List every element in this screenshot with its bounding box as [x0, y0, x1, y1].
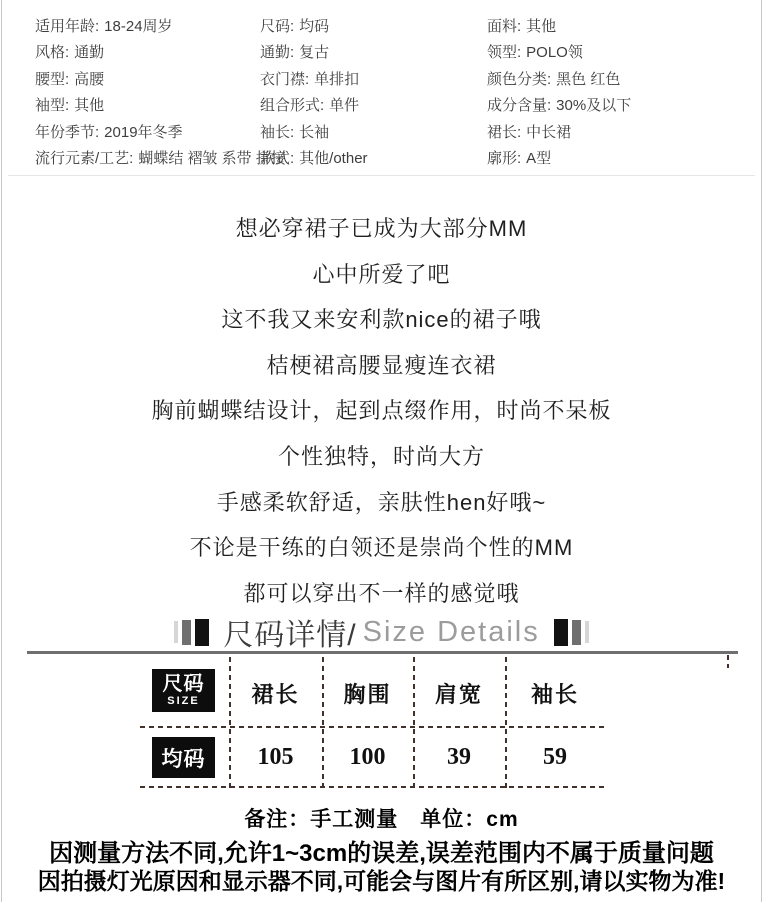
- attribute-row-sleeve-type: 袖型:其他: [35, 93, 286, 119]
- table-value-bust: 100: [322, 744, 413, 771]
- attribute-value: 中长裙: [526, 124, 571, 141]
- attributes-column-2: 尺码:均码 通勤:复古 衣门襟:单排扣 组合形式:单件 袖长:长袖 款式:其他/…: [260, 14, 368, 172]
- decorative-bars-left-icon: [172, 619, 211, 646]
- description-line: 这不我又来安利款nice的裙子哦: [0, 297, 763, 343]
- size-details-underline: [27, 651, 738, 654]
- attribute-row-commute: 通勤:复古: [260, 40, 368, 66]
- attribute-value: 高腰: [74, 71, 104, 88]
- attribute-row-composition: 成分含量:30%及以下: [487, 93, 631, 119]
- measurement-note: 备注：手工测量 单位：cm: [0, 803, 763, 833]
- attribute-row-combination: 组合形式:单件: [260, 93, 368, 119]
- attribute-row-placket: 衣门襟:单排扣: [260, 67, 368, 93]
- table-bottom-divider: [140, 786, 605, 788]
- size-corner-cell: 尺码 SIZE: [152, 669, 215, 712]
- attribute-row-color: 颜色分类:黑色 红色: [487, 67, 631, 93]
- attribute-row-elements: 流行元素/工艺:蝴蝶结 褶皱 系带 拼接: [35, 146, 286, 172]
- table-value-shoulder: 39: [413, 744, 505, 771]
- attribute-label: 风格:: [35, 44, 69, 61]
- attribute-value: 均码: [299, 18, 329, 35]
- attribute-row-skirt-length: 裙长:中长裙: [487, 120, 631, 146]
- attribute-row-season: 年份季节:2019年冬季: [35, 120, 286, 146]
- corner-cell-cn: 尺码: [163, 674, 205, 695]
- attribute-value: 其他: [526, 18, 556, 35]
- table-column-divider-stub: [727, 655, 729, 668]
- attribute-label: 袖型:: [35, 97, 69, 114]
- attribute-label: 腰型:: [35, 71, 69, 88]
- attribute-label: 领型:: [487, 44, 521, 61]
- attribute-value: 其他: [74, 97, 104, 114]
- description-line: 心中所爱了吧: [0, 252, 763, 298]
- product-description-page: 适用年龄:18-24周岁 风格:通勤 腰型:高腰 袖型:其他 年份季节:2019…: [0, 0, 763, 902]
- attribute-label: 面料:: [487, 18, 521, 35]
- size-details-header: 尺码详情/ Size Details: [0, 615, 763, 649]
- size-details-title-en: Size Details: [363, 616, 540, 649]
- description-line: 手感柔软舒适，亲肤性hen好哦~: [0, 480, 763, 526]
- decorative-bars-right-icon: [552, 619, 591, 646]
- table-value-skirt-length: 105: [229, 744, 322, 771]
- attribute-value: 黑色 红色: [556, 71, 620, 88]
- table-value-sleeve: 59: [505, 744, 605, 771]
- attribute-row-waist: 腰型:高腰: [35, 67, 286, 93]
- attribute-label: 适用年龄:: [35, 18, 99, 35]
- attribute-row-size: 尺码:均码: [260, 14, 368, 40]
- attribute-label: 通勤:: [260, 44, 294, 61]
- column-header-shoulder: 肩宽: [413, 678, 505, 709]
- attribute-label: 流行元素/工艺:: [35, 150, 133, 167]
- size-details-title-cn: 尺码详情/: [223, 610, 356, 654]
- attributes-divider: [8, 175, 755, 176]
- product-attributes-panel: 适用年龄:18-24周岁 风格:通勤 腰型:高腰 袖型:其他 年份季节:2019…: [0, 14, 763, 174]
- attribute-value: 长袖: [299, 124, 329, 141]
- attributes-column-3: 面料:其他 领型:POLO领 颜色分类:黑色 红色 成分含量:30%及以下 裙长…: [487, 14, 631, 172]
- attribute-row-pattern: 款式:其他/other: [260, 146, 368, 172]
- attribute-row-age: 适用年龄:18-24周岁: [35, 14, 286, 40]
- column-header-sleeve: 袖长: [505, 678, 605, 709]
- attribute-label: 颜色分类:: [487, 71, 551, 88]
- attributes-column-1: 适用年龄:18-24周岁 风格:通勤 腰型:高腰 袖型:其他 年份季节:2019…: [35, 14, 286, 172]
- attribute-label: 成分含量:: [487, 97, 551, 114]
- size-row-label-cell: 均码: [152, 737, 215, 778]
- attribute-value: 复古: [299, 44, 329, 61]
- attribute-row-collar: 领型:POLO领: [487, 40, 631, 66]
- attribute-value: 其他/other: [299, 150, 367, 167]
- attribute-row-style: 风格:通勤: [35, 40, 286, 66]
- attribute-label: 年份季节:: [35, 124, 99, 141]
- column-header-bust: 胸围: [322, 678, 413, 709]
- description-line: 不论是干练的白领还是崇尚个性的MM: [0, 525, 763, 571]
- attribute-row-fabric: 面料:其他: [487, 14, 631, 40]
- description-line: 个性独特，时尚大方: [0, 434, 763, 480]
- product-description: 想必穿裙子已成为大部分MM 心中所爱了吧 这不我又来安利款nice的裙子哦 桔梗…: [0, 206, 763, 616]
- attribute-label: 衣门襟:: [260, 71, 309, 88]
- attribute-label: 款式:: [260, 150, 294, 167]
- attribute-value: 单排扣: [314, 71, 359, 88]
- attribute-value: 30%及以下: [556, 97, 631, 114]
- color-disclaimer-note: 因拍摄灯光原因和显示器不同,可能会与图片有所区别,请以实物为准!: [0, 863, 763, 896]
- attribute-row-sleeve-length: 袖长:长袖: [260, 120, 368, 146]
- attribute-label: 裙长:: [487, 124, 521, 141]
- attribute-label: 袖长:: [260, 124, 294, 141]
- attribute-label: 尺码:: [260, 18, 294, 35]
- attribute-value: 2019年冬季: [104, 124, 182, 141]
- attribute-value: POLO领: [526, 44, 583, 61]
- attribute-label: 组合形式:: [260, 97, 324, 114]
- table-row-divider: [140, 726, 605, 728]
- attribute-label: 廓形:: [487, 150, 521, 167]
- column-header-skirt-length: 裙长: [229, 678, 322, 709]
- attribute-value: 18-24周岁: [104, 18, 172, 35]
- description-line: 想必穿裙子已成为大部分MM: [0, 206, 763, 252]
- attribute-value: 单件: [329, 97, 359, 114]
- attribute-value: 通勤: [74, 44, 104, 61]
- description-line: 桔梗裙高腰显瘦连衣裙: [0, 343, 763, 389]
- description-line: 都可以穿出不一样的感觉哦: [0, 571, 763, 617]
- attribute-row-silhouette: 廓形:A型: [487, 146, 631, 172]
- attribute-value: A型: [526, 150, 551, 167]
- description-line: 胸前蝴蝶结设计，起到点缀作用，时尚不呆板: [0, 388, 763, 434]
- corner-cell-en: SIZE: [167, 695, 199, 707]
